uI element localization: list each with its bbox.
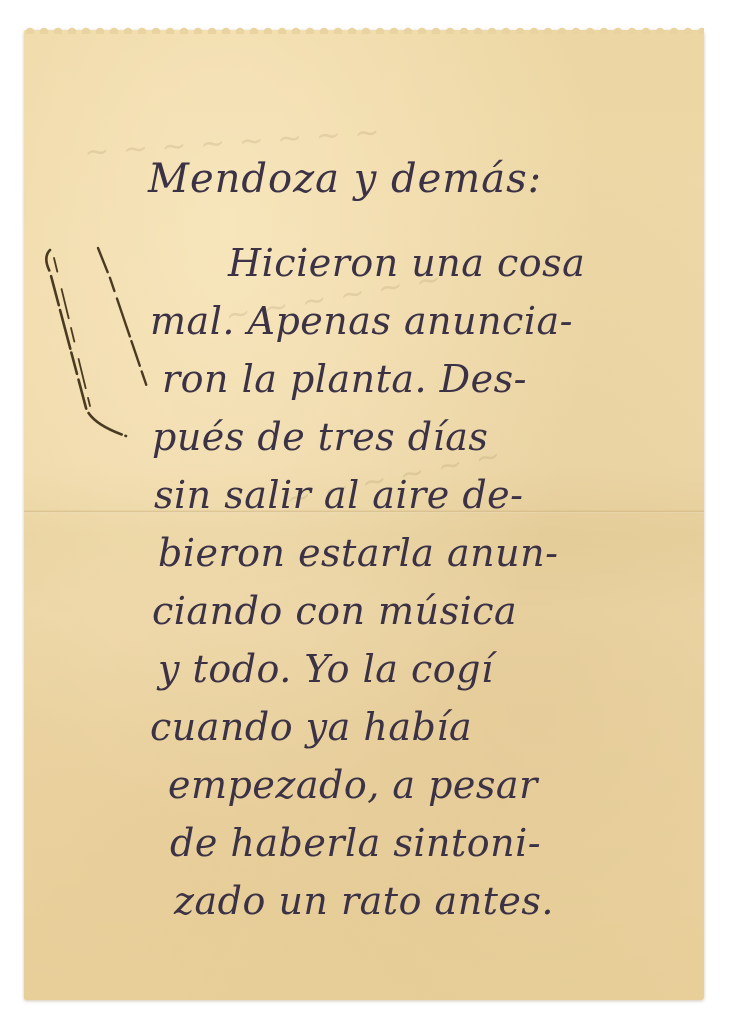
salutation: Mendoza y demás: — [148, 150, 670, 208]
letter-line: bieron estarla anun- — [158, 524, 670, 582]
letter-line: ron la planta. Des- — [162, 350, 670, 408]
letter-line: cuando ya había — [150, 698, 670, 756]
letter-body: Mendoza y demás: Hicieron una cosa mal. … — [140, 150, 670, 930]
letter-line: de haberla sintoni- — [170, 814, 670, 872]
letter-line: ciando con música — [152, 582, 670, 640]
letter-line: sin salir al aire de- — [154, 466, 670, 524]
letter-line: zado un rato antes. — [174, 872, 670, 930]
letter-line: empezado, a pesar — [168, 756, 670, 814]
letter-line: Hicieron una cosa — [228, 234, 670, 292]
torn-top-edge — [24, 26, 704, 34]
letter-line: y todo. Yo la cogí — [158, 640, 670, 698]
letter-line: mal. Apenas anuncia- — [150, 292, 670, 350]
letter-line: pués de tres días — [152, 408, 670, 466]
margin-bracket-marks — [38, 238, 148, 438]
